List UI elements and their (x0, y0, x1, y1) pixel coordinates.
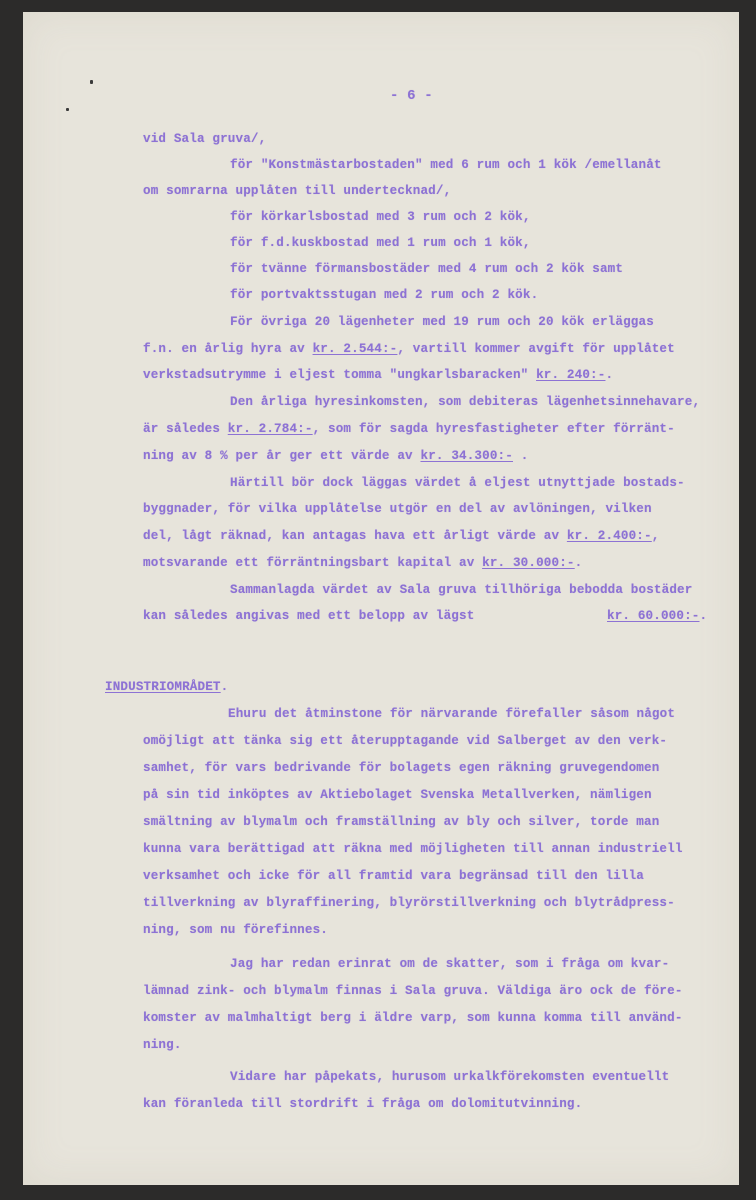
amount-total: kr. 60.000:- (607, 609, 700, 623)
value-line: ning av 8 % per år ger ett värde av kr. … (143, 449, 528, 463)
text-line: Den årliga hyresinkomsten, som debiteras… (230, 395, 700, 409)
amount-income: kr. 2.784:- (228, 422, 313, 436)
annual-value-line: del, lågt räknad, kan antagas hava ett å… (143, 529, 659, 543)
text: . (575, 556, 583, 570)
amount-value: kr. 34.300:- (420, 449, 513, 463)
text-line: lämnad zink- och blymalm finnas i Sala g… (143, 984, 683, 998)
text: . (605, 368, 613, 382)
text-line: Vidare har påpekats, hurusom urkalkförek… (230, 1070, 669, 1084)
document-page: - 6 - vid Sala gruva/, för "Konstmästarb… (23, 12, 739, 1185)
workshop-line: verkstadsutrymme i eljest tomma "ungkarl… (143, 368, 613, 382)
text-line: Härtill bör dock läggas värdet å eljest … (230, 476, 685, 490)
text: är således (143, 422, 228, 436)
text-line: om somrarna upplåten till undertecknad/, (143, 184, 451, 198)
text-line: för portvaktsstugan med 2 rum och 2 kök. (230, 288, 538, 302)
text-line: på sin tid inköptes av Aktiebolaget Sven… (143, 788, 652, 802)
text: f.n. en årlig hyra av (143, 342, 313, 356)
text-line: kunna vara berättigad att räkna med möjl… (143, 842, 683, 856)
text-line: För övriga 20 lägenheter med 19 rum och … (230, 315, 654, 329)
heading-text: INDUSTRIOMRÅDET (105, 680, 221, 694)
text: . (700, 609, 708, 623)
amount-capital: kr. 30.000:- (482, 556, 575, 570)
amount-rent: kr. 2.544:- (313, 342, 398, 356)
text-line: ning. (143, 1038, 182, 1052)
text-line: för f.d.kuskbostad med 1 rum och 1 kök, (230, 236, 531, 250)
text-line: för "Konstmästarbostaden" med 6 rum och … (230, 158, 662, 172)
text-line: smältning av blymalm och framställning a… (143, 815, 659, 829)
text-line: omöjligt att tänka sig ett återupptagand… (143, 734, 667, 748)
text-line: byggnader, för vilka upplåtelse utgör en… (143, 502, 652, 516)
text: , (652, 529, 660, 543)
text-line: för tvänne förmansbostäder med 4 rum och… (230, 262, 623, 276)
text-line: kan föranleda till stordrift i fråga om … (143, 1097, 582, 1111)
text-line: ning, som nu förefinnes. (143, 923, 328, 937)
text-line: för körkarlsbostad med 3 rum och 2 kök, (230, 210, 531, 224)
text: motsvarande ett förräntningsbart kapital… (143, 556, 482, 570)
text: , vartill kommer avgift för upplåtet (397, 342, 674, 356)
text-line: vid Sala gruva/, (143, 132, 266, 146)
text-line: Ehuru det åtminstone för närvarande före… (228, 707, 675, 721)
amount-annual: kr. 2.400:- (567, 529, 652, 543)
capital-line: motsvarande ett förräntningsbart kapital… (143, 556, 582, 570)
page-number: - 6 - (390, 88, 433, 104)
amount-workshop: kr. 240:- (536, 368, 605, 382)
text-line: Sammanlagda värdet av Sala gruva tillhör… (230, 583, 692, 597)
text-line: kan således angivas med ett belopp av lä… (143, 609, 474, 623)
text-line: samhet, för vars bedrivande för bolagets… (143, 761, 659, 775)
text: . (221, 680, 229, 694)
text: verkstadsutrymme i eljest tomma "ungkarl… (143, 368, 536, 382)
text: del, lågt räknad, kan antagas hava ett å… (143, 529, 567, 543)
text: , som för sagda hyresfastigheter efter f… (313, 422, 675, 436)
text: ning av 8 % per år ger ett värde av (143, 449, 420, 463)
text-line: tillverkning av blyraffinering, blyrörst… (143, 896, 675, 910)
text-line: komster av malmhaltigt berg i äldre varp… (143, 1011, 683, 1025)
text-line: Jag har redan erinrat om de skatter, som… (230, 957, 669, 971)
text: . (513, 449, 528, 463)
text-line: verksamhet och icke för all framtid vara… (143, 869, 644, 883)
section-heading: INDUSTRIOMRÅDET. (105, 680, 228, 694)
rent-line: f.n. en årlig hyra av kr. 2.544:-, varti… (143, 342, 675, 356)
total-amount-line: kr. 60.000:-. (607, 609, 707, 623)
income-line: är således kr. 2.784:-, som för sagda hy… (143, 422, 675, 436)
